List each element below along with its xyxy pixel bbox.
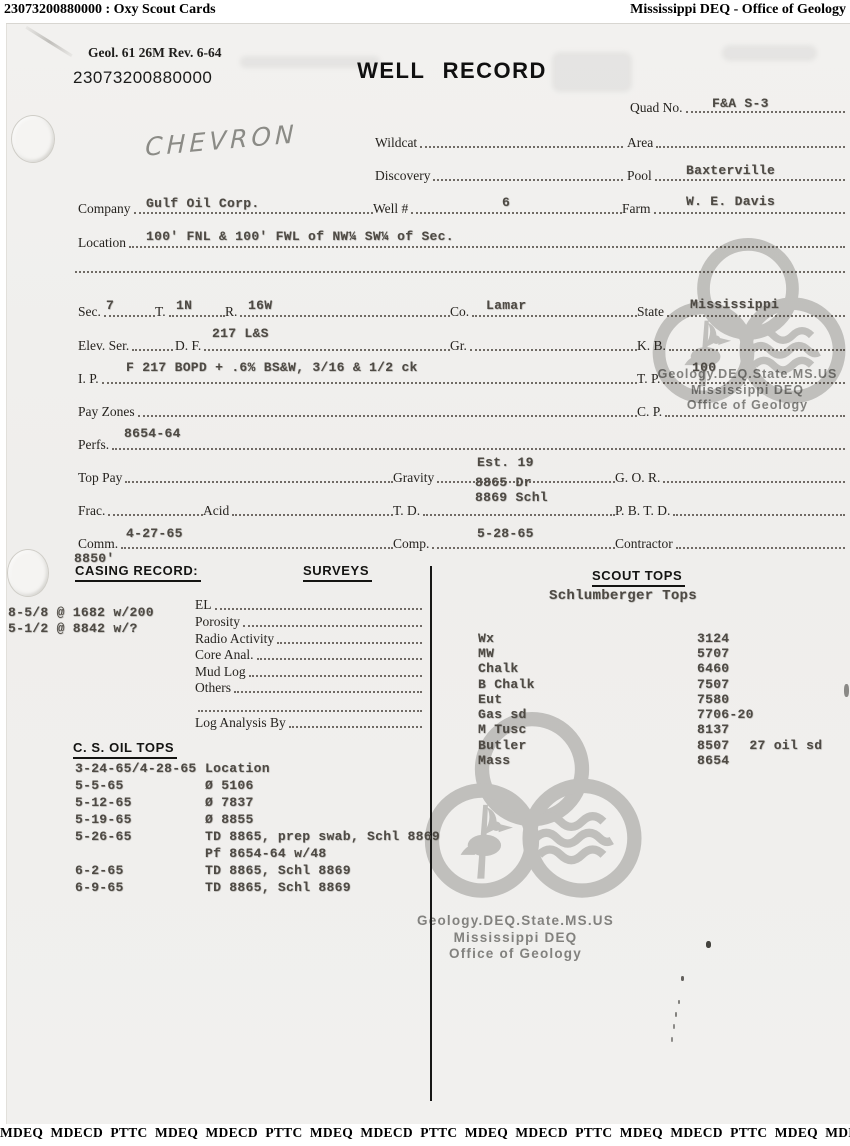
- field-gor-label: G. O. R.: [615, 470, 663, 485]
- field-pbtd: P. B. T. D.: [615, 501, 845, 518]
- field-pool-label: Pool: [627, 168, 655, 183]
- field-sec: Sec.: [78, 302, 155, 319]
- oil-top-entry: Location: [205, 761, 270, 776]
- survey-label: Porosity: [195, 614, 243, 629]
- field-cp-label: C. P.: [637, 404, 665, 419]
- scout-top-depth: 8137: [697, 722, 729, 737]
- oil-top-date: 5-19-65: [75, 812, 205, 827]
- ink-speck: [844, 684, 849, 697]
- scout-top-row: Wx3124: [478, 631, 729, 646]
- dotted-leader: [204, 349, 450, 351]
- oil-top-row: 5-12-65Ø 7837: [75, 795, 254, 810]
- dotted-leader: [232, 514, 393, 516]
- dotted-leader: [667, 315, 845, 317]
- dotted-leader: [112, 448, 845, 450]
- scout-top-name: Gas sd: [478, 707, 697, 722]
- surveys-heading: SURVEYS: [303, 563, 372, 582]
- field-company-value: Gulf Oil Corp.: [146, 196, 259, 211]
- dotted-leader: [433, 179, 623, 181]
- survey-row-radio-activity: Radio Activity: [195, 629, 422, 646]
- survey-row-log-analysis-by: Log Analysis By: [195, 713, 422, 730]
- scout-top-depth: 7706-20: [697, 707, 754, 722]
- oil-top-row: 6-2-65TD 8865, Schl 8869: [75, 863, 351, 878]
- field-elev-ser: Elev. Ser.: [78, 336, 173, 353]
- field-tp-label: T. P.: [637, 371, 663, 386]
- api-number: 23073200880000: [73, 68, 212, 88]
- field-kb: K. B.: [637, 336, 845, 353]
- field-kb-label: K. B.: [637, 338, 669, 353]
- field-gr-label: Gr.: [450, 338, 470, 353]
- oil-top-entry: Ø 8855: [205, 812, 254, 827]
- scout-top-name: B Chalk: [478, 677, 697, 692]
- oil-top-entry: Ø 5106: [205, 778, 254, 793]
- field-sec-value: 7: [106, 298, 114, 313]
- scout-top-name: Eut: [478, 692, 697, 707]
- oil-top-date: 6-9-65: [75, 880, 205, 895]
- field-comp-value: 5-28-65: [477, 526, 534, 541]
- field-df-label: D. F.: [175, 338, 204, 353]
- scout-top-row: Mass8654: [478, 753, 729, 768]
- dotted-leader: [470, 349, 637, 351]
- field-acid: Acid: [203, 501, 393, 518]
- section-divider-dotted: [75, 271, 845, 273]
- survey-label: Core Anal.: [195, 647, 257, 662]
- scout-top-depth: 7507: [697, 677, 729, 692]
- footer-org-abbreviations: MDEQ MDECD PTTC MDEQ MDECD PTTC MDEQ MDE…: [0, 1125, 850, 1140]
- dotted-leader: [663, 382, 845, 384]
- field-county: Co.: [450, 302, 637, 319]
- scout-top-depth: 7580: [697, 692, 729, 707]
- dotted-leader: [138, 415, 637, 417]
- viewer-header-bar: 23073200880000 : Oxy Scout Cards Mississ…: [0, 0, 850, 22]
- scanned-well-record-page: 23073200880000 : Oxy Scout Cards Mississ…: [0, 0, 850, 1146]
- field-pay-zones: Pay Zones: [78, 402, 637, 419]
- dotted-leader: [249, 675, 422, 677]
- dotted-leader: [125, 481, 393, 483]
- field-county-label: Co.: [450, 304, 472, 319]
- field-td-note1: 8865 Dr: [475, 475, 532, 490]
- dotted-leader: [669, 349, 845, 351]
- dotted-leader: [665, 415, 845, 417]
- dotted-leader: [257, 658, 423, 660]
- survey-row-core-anal: Core Anal.: [195, 645, 422, 662]
- dotted-leader: [132, 349, 173, 351]
- field-well-no-value: 6: [502, 195, 510, 210]
- survey-label: Mud Log: [195, 664, 249, 679]
- scout-top-depth: 8507: [697, 738, 729, 753]
- scan-smudge: [722, 45, 817, 61]
- field-wildcat: Wildcat: [375, 133, 623, 150]
- ink-speck: [706, 941, 711, 948]
- field-top-pay-label: Top Pay: [78, 470, 125, 485]
- field-well-no: Well #: [373, 199, 622, 216]
- oil-top-row: 5-26-65TD 8865, prep swab, Schl 8869: [75, 829, 440, 844]
- dotted-leader: [686, 111, 846, 113]
- scout-top-row: MW5707: [478, 646, 729, 661]
- ink-speck: [678, 1000, 680, 1004]
- dotted-leader: [654, 212, 846, 214]
- dotted-leader: [121, 547, 393, 549]
- oil-top-row: Pf 8654-64 w/48: [75, 846, 327, 861]
- dotted-leader: [277, 642, 422, 644]
- field-elev-ser-label: Elev. Ser.: [78, 338, 132, 353]
- field-discovery-label: Discovery: [375, 168, 433, 183]
- scout-top-name: Chalk: [478, 661, 697, 676]
- field-comm-label: Comm.: [78, 536, 121, 551]
- dotted-leader: [240, 315, 450, 317]
- survey-label: Radio Activity: [195, 631, 277, 646]
- scout-top-name: Mass: [478, 753, 697, 768]
- oil-top-row: 5-19-65Ø 8855: [75, 812, 254, 827]
- field-contractor-label: Contractor: [615, 536, 676, 551]
- dotted-leader: [420, 146, 623, 148]
- dotted-leader: [411, 212, 622, 214]
- oil-top-date: 6-2-65: [75, 863, 205, 878]
- oil-top-date: 5-5-65: [75, 778, 205, 793]
- survey-label: Log Analysis By: [195, 715, 289, 730]
- oil-top-date: 3-24-65/4-28-65: [75, 761, 205, 776]
- field-td-label: T. D.: [393, 503, 423, 518]
- dotted-leader: [663, 481, 845, 483]
- field-township-value: 1N: [176, 298, 192, 313]
- field-ip-value: F 217 BOPD + .6% BS&W, 3/16 & 1/2 ck: [126, 360, 418, 375]
- dotted-leader: [423, 514, 615, 516]
- scout-tops-subheading: Schlumberger Tops: [549, 588, 697, 604]
- oil-top-date: [75, 846, 205, 861]
- field-gravity-value: Est. 19: [477, 455, 534, 470]
- dotted-leader: [656, 146, 845, 148]
- field-range-value: 16W: [248, 298, 272, 313]
- field-pbtd-label: P. B. T. D.: [615, 503, 673, 518]
- scout-top-name: MW: [478, 646, 697, 661]
- oil-top-entry: Pf 8654-64 w/48: [205, 846, 327, 861]
- oil-top-row: 3-24-65/4-28-65Location: [75, 761, 270, 776]
- field-comp-label: Comp.: [393, 536, 432, 551]
- scout-top-depth: 8654: [697, 753, 729, 768]
- dotted-leader: [676, 547, 845, 549]
- dotted-leader: [215, 608, 423, 610]
- dotted-leader: [673, 514, 845, 516]
- scout-top-row: Butler850727 oil sd: [478, 738, 822, 753]
- survey-label: EL: [195, 597, 215, 612]
- field-perfs: Perfs.: [78, 435, 845, 452]
- oil-top-date: 5-12-65: [75, 795, 205, 810]
- dotted-leader: [234, 691, 422, 693]
- field-discovery: Discovery: [375, 166, 623, 183]
- field-cp: C. P.: [637, 402, 845, 419]
- scout-top-name: M Tusc: [478, 722, 697, 737]
- ink-speck: [681, 976, 684, 981]
- scout-top-row: Eut7580: [478, 692, 729, 707]
- field-top-pay: Top Pay: [78, 468, 393, 485]
- dotted-leader: [108, 514, 203, 516]
- scout-tops-heading: SCOUT TOPS: [592, 568, 685, 587]
- field-df-value: 217 L&S: [212, 326, 269, 341]
- field-gravity-label: Gravity: [393, 470, 437, 485]
- scout-top-note: 27 oil sd: [749, 738, 822, 753]
- oil-tops-heading: C. S. OIL TOPS: [73, 740, 177, 759]
- field-contractor: Contractor: [615, 534, 845, 551]
- ink-speck: [675, 1012, 677, 1017]
- header-agency-title: Mississippi DEQ - Office of Geology: [630, 2, 846, 18]
- scout-top-depth: 6460: [697, 661, 729, 676]
- form-number: Geol. 61 26M Rev. 6-64: [88, 45, 221, 61]
- hole-punch: [8, 550, 48, 596]
- ink-speck: [673, 1024, 675, 1029]
- dotted-leader: [655, 179, 845, 181]
- scout-top-depth: 5707: [697, 646, 729, 661]
- survey-row-el: EL: [195, 595, 422, 612]
- casing-record-heading: CASING RECORD:: [75, 563, 201, 582]
- scout-top-row: B Chalk7507: [478, 677, 729, 692]
- scout-top-row: Chalk6460: [478, 661, 729, 676]
- oil-top-row: 6-9-65TD 8865, Schl 8869: [75, 880, 351, 895]
- scout-top-row: M Tusc8137: [478, 722, 729, 737]
- dotted-leader: [169, 315, 225, 317]
- field-state-label: State: [637, 304, 667, 319]
- field-location-value: 100' FNL & 100' FWL of NW¼ SW¼ of Sec.: [146, 229, 454, 244]
- survey-label: Others: [195, 680, 234, 695]
- field-tp: T. P.: [637, 369, 845, 386]
- field-quad-no-label: Quad No.: [630, 100, 686, 115]
- scout-top-row: Gas sd7706-20: [478, 707, 754, 722]
- scout-top-depth: 3124: [697, 631, 729, 646]
- casing-entry: 5-1/2 @ 8842 w/?: [8, 621, 138, 636]
- field-company-label: Company: [78, 201, 134, 216]
- survey-row-mud-log: Mud Log: [195, 662, 422, 679]
- oil-top-row: 5-5-65Ø 5106: [75, 778, 254, 793]
- survey-row-others: Others: [195, 678, 422, 695]
- dotted-leader: [289, 726, 422, 728]
- field-acid-label: Acid: [203, 503, 232, 518]
- field-range-label: R.: [225, 304, 240, 319]
- survey-row-porosity: Porosity: [195, 612, 422, 629]
- dotted-leader: [129, 246, 845, 248]
- header-document-id: 23073200880000 : Oxy Scout Cards: [4, 2, 216, 18]
- field-county-value: Lamar: [486, 298, 527, 313]
- field-wildcat-label: Wildcat: [375, 135, 420, 150]
- scout-top-name: Wx: [478, 631, 697, 646]
- field-well-no-label: Well #: [373, 201, 411, 216]
- oil-top-date: 5-26-65: [75, 829, 205, 844]
- field-frac-label: Frac.: [78, 503, 108, 518]
- field-perfs-value: 8654-64: [124, 426, 181, 441]
- field-pool-value: Baxterville: [686, 163, 775, 178]
- field-farm-label: Farm: [622, 201, 654, 216]
- field-gr: Gr.: [450, 336, 637, 353]
- field-area: Area: [627, 133, 845, 150]
- field-sec-label: Sec.: [78, 304, 104, 319]
- dotted-leader: [134, 212, 374, 214]
- field-perfs-label: Perfs.: [78, 437, 112, 452]
- field-tp-value: 100: [692, 360, 716, 375]
- field-td-note2: 8869 Schl: [475, 490, 548, 505]
- dotted-leader: [472, 315, 637, 317]
- dotted-leader: [432, 547, 615, 549]
- field-area-label: Area: [627, 135, 656, 150]
- field-frac: Frac.: [78, 501, 203, 518]
- page-title: WELL RECORD: [327, 58, 577, 84]
- viewer-footer-bar: MDEQ MDECD PTTC MDEQ MDECD PTTC MDEQ MDE…: [0, 1124, 850, 1146]
- dotted-leader: [104, 315, 155, 317]
- field-pay-zones-label: Pay Zones: [78, 404, 138, 419]
- field-ip-label: I. P.: [78, 371, 102, 386]
- oil-top-entry: TD 8865, Schl 8869: [205, 863, 351, 878]
- field-location-label: Location: [78, 235, 129, 250]
- field-township-label: T.: [155, 304, 169, 319]
- field-gor: G. O. R.: [615, 468, 845, 485]
- casing-entry: 8-5/8 @ 1682 w/200: [8, 605, 154, 620]
- field-comm-value: 4-27-65: [126, 526, 183, 541]
- hole-punch: [12, 116, 54, 162]
- dotted-leader: [102, 382, 637, 384]
- oil-top-entry: TD 8865, prep swab, Schl 8869: [205, 829, 440, 844]
- blank-survey-line: [198, 710, 422, 712]
- scout-top-name: Butler: [478, 738, 697, 753]
- dotted-leader: [243, 625, 422, 627]
- oil-top-entry: Ø 7837: [205, 795, 254, 810]
- field-state-value: Mississippi: [690, 297, 779, 312]
- field-farm-value: W. E. Davis: [686, 194, 775, 209]
- field-quad-no-value: F&A S-3: [712, 96, 769, 111]
- oil-top-entry: TD 8865, Schl 8869: [205, 880, 351, 895]
- ink-speck: [671, 1037, 673, 1042]
